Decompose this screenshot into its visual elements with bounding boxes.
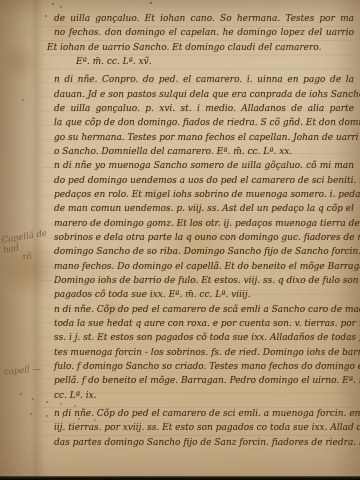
manuscript-line: o Sancho. Domniella del camarero. Eª. m̃… — [54, 145, 354, 159]
manuscript-line: go su hermana. Testes por mano fechos el… — [54, 131, 354, 145]
photo-edge-bar — [0, 476, 360, 480]
manuscript-line: Et iohan de uarrio Sancho. Et domingo cl… — [47, 41, 354, 55]
manuscript-line: dauan. Jd e son pastos sulqui dela que e… — [54, 88, 354, 102]
manuscript-line: n di nñe. Conpro. do ped. el camarero. i… — [54, 73, 354, 87]
manuscript-line: do ped domingo uendemos a uos do ped el … — [54, 174, 354, 188]
manuscript-line: toda la sue hedat q aure con roxa. e por… — [54, 317, 354, 331]
manuscript-line: iij. tierras. por xviij. ss. Et esto son… — [54, 421, 354, 435]
manuscript-line: no fechos. don domingo el capelan. he do… — [54, 26, 354, 40]
manuscript-line: pedaços en rolo. Et migel iohs sobrino d… — [54, 188, 354, 202]
manuscript-line: Eª. m̃. cc. Lª. xṽ. — [76, 55, 354, 69]
manuscript-line: Domingo iohs de barrio de fulo. Et estos… — [54, 274, 354, 288]
manuscript-line: cc. Lª. ix. — [54, 389, 354, 403]
manuscript-line: n di nñe yo muenoga Sancho somero de uil… — [54, 159, 354, 173]
text-block: de uilla gonçaluo. Et iohan cano. So her… — [54, 12, 354, 450]
manuscript-line: de uilla gonçaluo. p. xvi. st. i medio. … — [54, 102, 354, 116]
manuscript-line: n di nñe. Cõp do ped el camarero de scã … — [54, 303, 354, 317]
manuscript-line: mano fechos. Do domingo el capellã. Et d… — [54, 260, 354, 274]
manuscript-line: ss. i j. st. Et estos son pagados cõ tod… — [54, 331, 354, 345]
manuscript-line: pagados cõ toda sue ixx. Eª. m̃. cc. Lª.… — [54, 288, 354, 302]
ink-specks — [0, 0, 2, 2]
manuscript-line: das partes domingo Sancho fijo de Sanz f… — [54, 436, 354, 450]
manuscript-line: n di nñe. Cõp do ped el camarero de sci … — [54, 407, 354, 421]
manuscript-line: de man comun uendemos. p. viij. ss. Ast … — [54, 202, 354, 216]
manuscript-line: de uilla gonçaluo. Et iohan cano. So her… — [54, 12, 354, 26]
manuscript-line: pellã. f do beneito el mõge. Barragan. P… — [54, 374, 354, 388]
manuscript-line: marero de domingo gomz. Et los otr. ij. … — [54, 217, 354, 231]
manuscript-line: tes muenoga forcin - los sobrinos. fs. d… — [54, 346, 354, 360]
manuscript-line: domingo Sancho de so riba. Domingo Sanch… — [54, 245, 354, 259]
manuscript-line: sobrinos e dela otra parte la q ouno con… — [54, 231, 354, 245]
manuscript-line: la que cõp de don domingo. fiados de rie… — [54, 116, 354, 130]
manuscript-page: Capellã de bad̃ rõ capell̃ — de uilla go… — [0, 0, 360, 480]
manuscript-line: fulo. f domingo Sancho so criado. Testes… — [54, 360, 354, 374]
